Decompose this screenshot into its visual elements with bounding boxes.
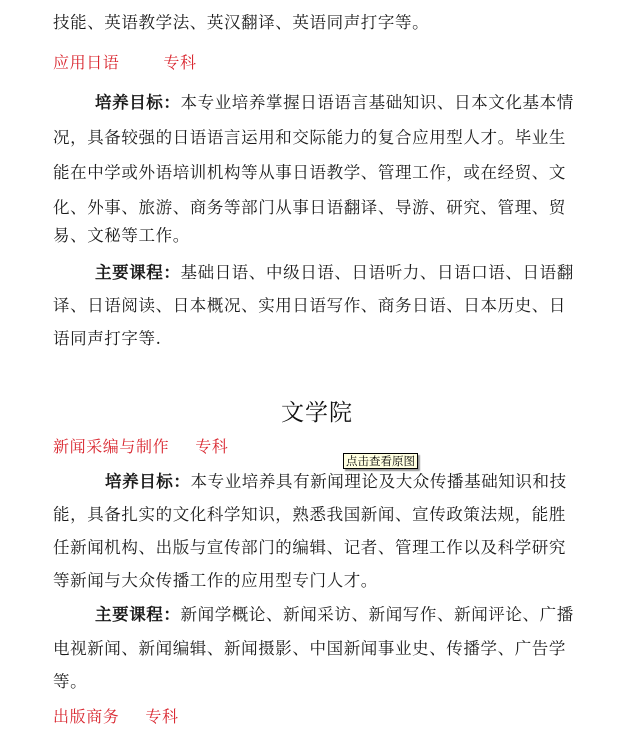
major-heading-journalism: 新闻采编与制作专科 — [53, 437, 578, 457]
body-line: 况，具备较强的日语语言运用和交际能力的复合应用型人才。毕业生 — [53, 128, 578, 148]
major-name: 新闻采编与制作 — [53, 437, 169, 456]
body-line: 能，具备扎实的文化科学知识，熟悉我国新闻、宣传政策法规，能胜 — [53, 505, 578, 525]
body-line: 等新闻与大众传播工作的应用型专门人才。 — [53, 571, 578, 591]
body-line: 化、外事、旅游、商务等部门从事日语翻译、导游、研究、管理、贸 — [53, 198, 578, 218]
major-level: 专科 — [163, 53, 196, 72]
body-line: 技能、英语教学法、英汉翻译、英语同声打字等。 — [53, 13, 578, 33]
major-name: 出版商务 — [53, 707, 119, 726]
body-line: 任新闻机构、出版与宣传部门的编辑、记者、管理工作以及科学研究 — [53, 538, 578, 558]
view-original-tooltip[interactable]: 点击查看原图 — [343, 453, 418, 469]
body-line: 译、日语阅读、日本概况、实用日语写作、商务日语、日本历史、日 — [53, 296, 578, 316]
courses-label: 主要课程： — [95, 605, 181, 624]
goal-label: 培养目标： — [95, 93, 181, 112]
college-title: 文学院 — [0, 399, 634, 427]
major-name: 应用日语 — [53, 53, 119, 72]
major-level: 专科 — [145, 707, 178, 726]
body-line: 语同声打字等. — [53, 329, 578, 349]
major-heading-japanese: 应用日语专科 — [53, 53, 578, 73]
major-heading-publishing: 出版商务专科 — [53, 707, 578, 727]
goal-label: 培养目标： — [105, 472, 191, 491]
body-line: 等。 — [53, 672, 578, 692]
courses-label: 主要课程： — [95, 263, 181, 282]
courses-line: 主要课程：新闻学概论、新闻采访、新闻写作、新闻评论、广播 — [95, 605, 620, 625]
goal-line: 培养目标：本专业培养掌握日语语言基础知识、日本文化基本情 — [95, 93, 620, 113]
major-level: 专科 — [195, 437, 228, 456]
body-line: 能在中学或外语培训机构等从事日语教学、管理工作，或在经贸、文 — [53, 163, 578, 183]
courses-line: 主要课程：基础日语、中级日语、日语听力、日语口语、日语翻 — [95, 263, 620, 283]
body-line: 电视新闻、新闻编辑、新闻摄影、中国新闻事业史、传播学、广告学 — [53, 639, 578, 659]
goal-line: 培养目标：本专业培养具有新闻理论及大众传播基础知识和技 — [105, 472, 630, 492]
body-line: 易、文秘等工作。 — [53, 226, 578, 246]
